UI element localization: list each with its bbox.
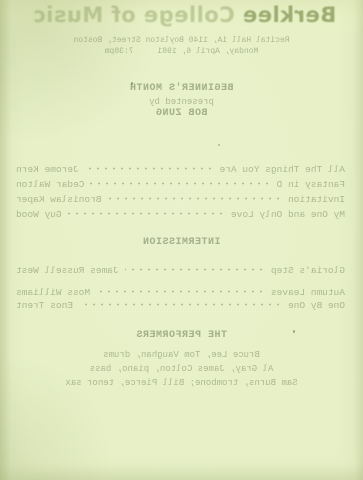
dot-leader: [90, 178, 270, 187]
mirrored-showthrough-layer: Berklee College of Music Recital Hall 1A…: [0, 0, 363, 480]
scanned-recital-program-page: Berklee College of Music Recital Hall 1A…: [0, 0, 363, 480]
logo-college-of-music-text: College of Music: [33, 3, 235, 27]
dot-leader: [68, 208, 225, 217]
piece-title: All The Things You Are: [220, 164, 345, 176]
piece-title: Gloria's Step: [271, 265, 345, 277]
program-row: My One and Only Love Guy Wood: [16, 208, 345, 221]
composer-name: James Russell West: [16, 265, 119, 277]
composer-name: Bronislaw Kaper: [16, 194, 102, 206]
logo-berklee-text: Berklee: [243, 3, 337, 27]
berklee-logo: Berklee College of Music: [0, 2, 363, 28]
piece-title: Invitation: [288, 194, 345, 206]
performer-line: Bruce Lee, Tom Vaughan, drums: [0, 350, 363, 360]
datetime-line: Monday, April 6, 1981 7:30pm: [0, 47, 363, 57]
presenter-name: BOB ZUNG: [0, 109, 363, 119]
program-row: Autumn Leaves Moss Williams: [16, 286, 345, 299]
presented-by-line: presented by: [0, 97, 363, 107]
piece-title: Autumn Leaves: [271, 287, 345, 299]
piece-title: My One and Only Love: [231, 209, 345, 221]
dot-leader: [96, 286, 265, 295]
piece-title: Fantasy in D: [277, 179, 345, 191]
composer-name: Guy Wood: [16, 209, 62, 221]
event-title: BEGINNER'S MONTH: [0, 84, 363, 94]
venue-line: Recital Hall 1A, 1140 Boylston Street, B…: [0, 36, 363, 46]
intermission-label: INTERMISSION: [0, 238, 363, 248]
program-row: All The Things You Are Jerome Kern: [16, 163, 345, 176]
composer-name: Cedar Walton: [16, 179, 84, 191]
performers-heading: THE PERFORMERS: [0, 331, 363, 341]
performer-line: Sam Burns, trombone; Bill Pierce, tenor …: [0, 378, 363, 388]
program-row: One By One Enos Trent: [16, 299, 345, 312]
composer-name: Enos Trent: [16, 300, 73, 312]
performer-line: Al Gray, James Colton, piano, bass: [0, 364, 363, 374]
composer-name: Moss Williams: [16, 287, 90, 299]
composer-name: Jerome Kern: [16, 164, 79, 176]
dot-leader: [79, 299, 282, 308]
program-row: Invitation Bronislaw Kaper: [16, 193, 345, 206]
program-row: Gloria's Step James Russell West: [16, 264, 345, 277]
dot-leader: [125, 264, 265, 273]
dot-leader: [85, 163, 214, 172]
piece-title: One By One: [288, 300, 345, 312]
program-row: Fantasy in D Cedar Walton: [16, 178, 345, 191]
dot-leader: [108, 193, 282, 202]
